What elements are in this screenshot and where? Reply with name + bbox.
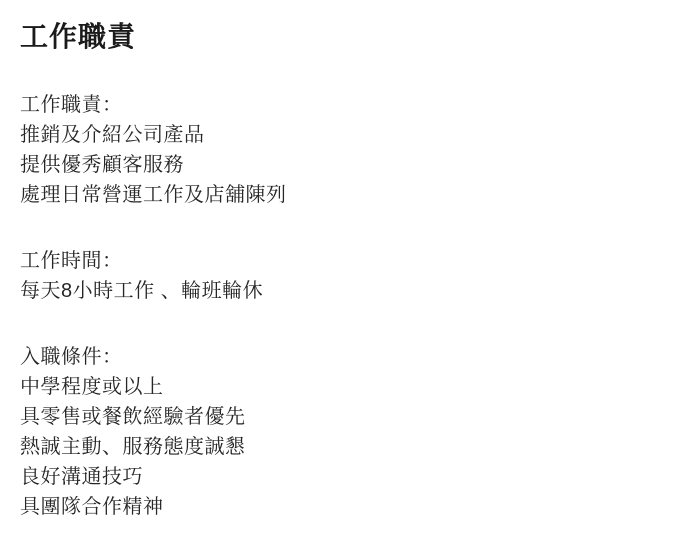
duty-line: 提供優秀顧客服務 <box>20 150 664 180</box>
requirement-line: 具零售或餐飲經驗者優先 <box>20 402 664 432</box>
section-working-hours: 工作時間： 每天8小時工作 、輪班輪休 <box>20 246 664 306</box>
section-duties-label: 工作職責： <box>20 90 664 120</box>
job-description-page: 工作職責 工作職責： 推銷及介紹公司產品 提供優秀顧客服務 處理日常營運工作及店… <box>0 0 688 543</box>
requirement-line: 良好溝通技巧 <box>20 462 664 492</box>
page-title: 工作職責 <box>20 20 664 54</box>
requirement-line: 中學程度或以上 <box>20 372 664 402</box>
section-entry-requirements-label: 入職條件： <box>20 342 664 372</box>
section-duties: 工作職責： 推銷及介紹公司產品 提供優秀顧客服務 處理日常營運工作及店舖陳列 <box>20 90 664 210</box>
duty-line: 處理日常營運工作及店舖陳列 <box>20 180 664 210</box>
duty-line: 推銷及介紹公司產品 <box>20 120 664 150</box>
requirement-line: 熱誠主動、服務態度誠懇 <box>20 432 664 462</box>
section-entry-requirements: 入職條件： 中學程度或以上 具零售或餐飲經驗者優先 熱誠主動、服務態度誠懇 良好… <box>20 342 664 522</box>
requirement-line: 具團隊合作精神 <box>20 492 664 522</box>
section-working-hours-label: 工作時間： <box>20 246 664 276</box>
working-hours-line: 每天8小時工作 、輪班輪休 <box>20 276 664 306</box>
